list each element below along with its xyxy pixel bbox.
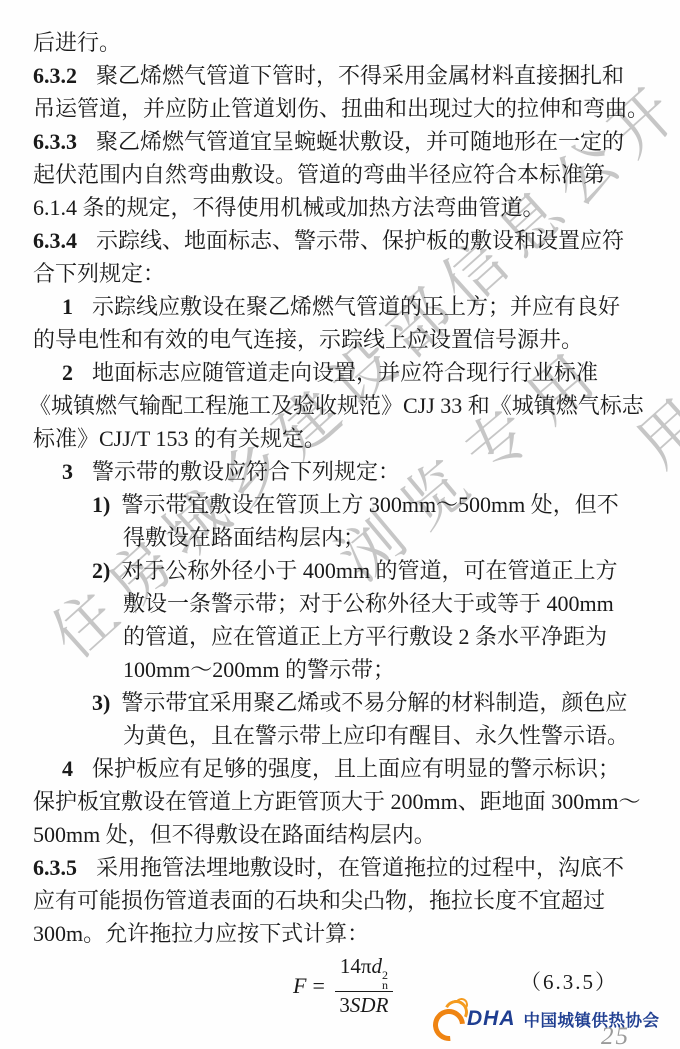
- cdha-swoosh-icon: [430, 999, 466, 1039]
- line-text: 地面标志应随管道走向设置，并应符合现行行业标准: [92, 360, 598, 385]
- clause-number: 6.3.4: [33, 228, 77, 253]
- clause-number: 1): [92, 492, 110, 517]
- line-text: 示踪线、地面标志、警示带、保护板的敷设和设置应符: [96, 228, 624, 253]
- clause-number: 1: [62, 294, 73, 319]
- text-line: 标准》CJJ/T 153 的有关规定。: [33, 422, 650, 455]
- numerator-supsub: 2n: [382, 970, 388, 990]
- formula-expression: F = 14πd2n 3SDR: [293, 954, 393, 1018]
- clause-number: 6.3.3: [33, 129, 77, 154]
- numerator-variable: d: [371, 954, 382, 978]
- text-line: 起伏范围内自然弯曲敷设。管道的弯曲半径应符合本标准第: [33, 158, 650, 191]
- fraction-denominator: 3SDR: [335, 992, 393, 1018]
- denominator-coefficient: 3: [339, 993, 350, 1017]
- text-line: 的管道，应在管道正上方平行敷设 2 条水平净距为: [123, 620, 650, 653]
- document-body: 后进行。6.3.2聚乙烯燃气管道下管时，不得采用金属材料直接捆扎和吊运管道，并应…: [33, 26, 650, 950]
- text-line: 应有可能损伤管道表面的石块和尖凸物，拖拉长度不宜超过: [33, 884, 650, 917]
- line-text: 起伏范围内自然弯曲敷设。管道的弯曲半径应符合本标准第: [33, 162, 605, 187]
- text-line: 1示踪线应敷设在聚乙烯燃气管道的正上方；并应有良好: [62, 290, 650, 323]
- line-text: 标准》CJJ/T 153 的有关规定。: [33, 426, 326, 451]
- line-text: 6.1.4 条的规定，不得使用机械或加热方法弯曲管道。: [33, 195, 545, 220]
- line-text: 警示带宜采用聚乙烯或不易分解的材料制造，颜色应: [121, 690, 627, 715]
- text-line: 300m。允许拖拉力应按下式计算：: [33, 917, 650, 950]
- line-text: 警示带的敷设应符合下列规定：: [92, 459, 400, 484]
- text-line: 6.3.5采用拖管法埋地敷设时，在管道拖拉的过程中，沟底不: [33, 851, 650, 884]
- line-text: 采用拖管法埋地敷设时，在管道拖拉的过程中，沟底不: [96, 855, 624, 880]
- text-line: 3)警示带宜采用聚乙烯或不易分解的材料制造，颜色应: [92, 686, 650, 719]
- numerator-subscript: n: [382, 980, 388, 990]
- equals-sign: =: [312, 973, 324, 999]
- line-text: 的管道，应在管道正上方平行敷设 2 条水平净距为: [123, 624, 607, 649]
- text-line: 6.3.3聚乙烯燃气管道宜呈蜿蜒状敷设，并可随地形在一定的: [33, 125, 650, 158]
- text-line: 6.1.4 条的规定，不得使用机械或加热方法弯曲管道。: [33, 191, 650, 224]
- line-text: 得敷设在路面结构层内；: [123, 525, 365, 550]
- line-text: 100mm～200mm 的警示带；: [123, 657, 395, 682]
- text-line: 《城镇燃气输配工程施工及验收规范》CJJ 33 和《城镇燃气标志: [29, 389, 650, 422]
- line-text: 为黄色，且在警示带上应印有醒目、永久性警示语。: [123, 723, 629, 748]
- text-line: 后进行。: [33, 26, 650, 59]
- text-line: 3警示带的敷设应符合下列规定：: [62, 455, 650, 488]
- text-line: 合下列规定：: [33, 257, 650, 290]
- logo-acronym: DHA: [467, 1007, 516, 1031]
- clause-number: 2): [92, 558, 110, 583]
- clause-number: 2: [62, 360, 73, 385]
- text-line: 6.3.2聚乙烯燃气管道下管时，不得采用金属材料直接捆扎和: [33, 59, 650, 92]
- text-line: 保护板宜敷设在管道上方距管顶大于 200mm、距地面 300mm～: [33, 785, 650, 818]
- line-text: 500mm 处，但不得敷设在路面结构层内。: [33, 822, 436, 847]
- line-text: 警示带宜敷设在管顶上方 300mm～500mm 处，但不: [121, 492, 618, 517]
- line-text: 吊运管道，并应防止管道划伤、扭曲和出现过大的拉伸和弯曲。: [33, 96, 649, 121]
- line-text: 保护板宜敷设在管道上方距管顶大于 200mm、距地面 300mm～: [33, 789, 640, 814]
- equation-number: （6.3.5）: [520, 966, 618, 996]
- text-line: 敷设一条警示带；对于公称外径大于或等于 400mm: [123, 587, 650, 620]
- line-text: 应有可能损伤管道表面的石块和尖凸物，拖拉长度不宜超过: [33, 888, 605, 913]
- logo-organization-name: 中国城镇供热协会: [524, 1007, 660, 1031]
- clause-number: 6.3.5: [33, 855, 77, 880]
- line-text: 示踪线应敷设在聚乙烯燃气管道的正上方；并应有良好: [92, 294, 620, 319]
- formula-lhs: F: [293, 973, 306, 999]
- clause-number: 3): [92, 690, 110, 715]
- text-line: 500mm 处，但不得敷设在路面结构层内。: [33, 818, 650, 851]
- text-line: 4保护板应有足够的强度，且上面应有明显的警示标识；: [62, 752, 650, 785]
- clause-number: 4: [62, 756, 73, 781]
- line-text: 保护板应有足够的强度，且上面应有明显的警示标识；: [92, 756, 620, 781]
- text-line: 吊运管道，并应防止管道划伤、扭曲和出现过大的拉伸和弯曲。: [33, 92, 650, 125]
- line-text: 聚乙烯燃气管道下管时，不得采用金属材料直接捆扎和: [96, 63, 624, 88]
- line-text: 敷设一条警示带；对于公称外径大于或等于 400mm: [123, 591, 614, 616]
- fraction: 14πd2n 3SDR: [335, 954, 393, 1018]
- line-text: 合下列规定：: [33, 261, 165, 286]
- numerator-coefficient: 14π: [340, 954, 372, 978]
- line-text: 的导电性和有效的电气连接，示踪线上应设置信号源井。: [33, 327, 583, 352]
- text-line: 2)对于公称外径小于 400mm 的管道，可在管道正上方: [92, 554, 650, 587]
- text-line: 得敷设在路面结构层内；: [123, 521, 650, 554]
- line-text: 对于公称外径小于 400mm 的管道，可在管道正上方: [121, 558, 617, 583]
- text-line: 100mm～200mm 的警示带；: [123, 653, 650, 686]
- page-footer: DHA 中国城镇供热协会 25: [430, 999, 660, 1047]
- text-line: 2地面标志应随管道走向设置，并应符合现行行业标准: [62, 356, 650, 389]
- line-text: 《城镇燃气输配工程施工及验收规范》CJJ 33 和《城镇燃气标志: [29, 393, 644, 418]
- text-line: 的导电性和有效的电气连接，示踪线上应设置信号源井。: [33, 323, 650, 356]
- line-text: 300m。允许拖拉力应按下式计算：: [33, 921, 369, 946]
- denominator-variable: SDR: [350, 993, 389, 1017]
- line-text: 后进行。: [33, 30, 121, 55]
- fraction-numerator: 14πd2n: [335, 954, 393, 992]
- document-page: 住房城乡建设部信息公开 浏览专用 用 后进行。6.3.2聚乙烯燃气管道下管时，不…: [0, 0, 680, 1049]
- clause-number: 6.3.2: [33, 63, 77, 88]
- line-text: 聚乙烯燃气管道宜呈蜿蜒状敷设，并可随地形在一定的: [96, 129, 624, 154]
- text-line: 为黄色，且在警示带上应印有醒目、永久性警示语。: [123, 719, 650, 752]
- page-number: 25: [601, 1023, 630, 1049]
- text-line: 1)警示带宜敷设在管顶上方 300mm～500mm 处，但不: [92, 488, 650, 521]
- clause-number: 3: [62, 459, 73, 484]
- text-line: 6.3.4示踪线、地面标志、警示带、保护板的敷设和设置应符: [33, 224, 650, 257]
